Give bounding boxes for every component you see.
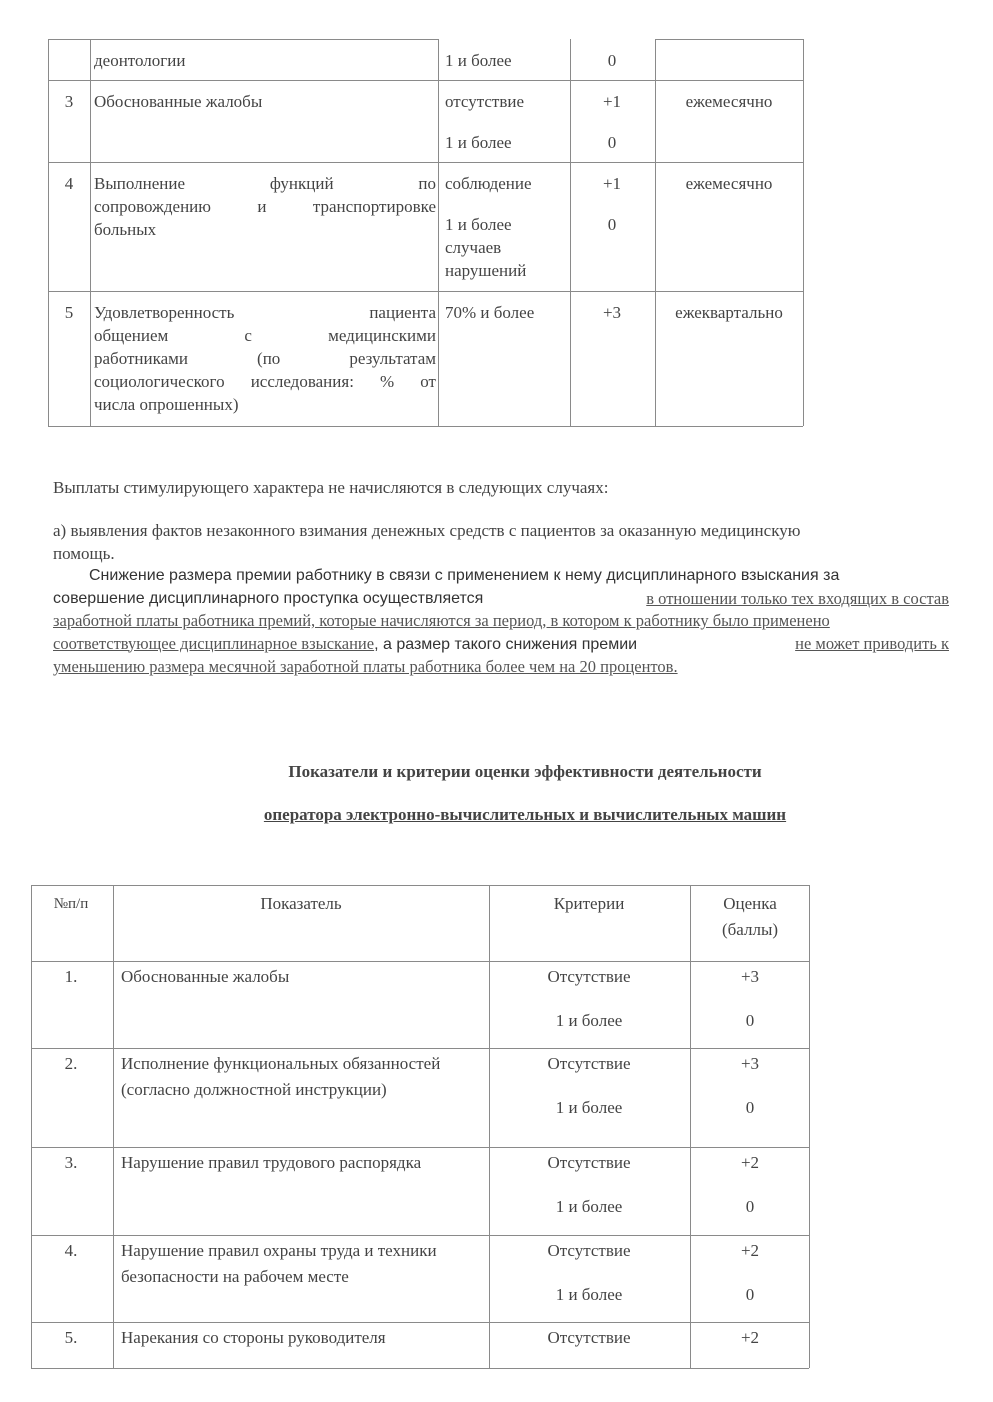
reduction-underlined: уменьшению размера месячной заработной п…	[53, 656, 678, 679]
item-a-line2: помощь.	[53, 542, 949, 565]
criteria-value: отсутствие	[445, 90, 570, 113]
row-number: 3.	[31, 1150, 111, 1176]
score-value: 0	[691, 1095, 809, 1121]
row-number: 4	[48, 172, 90, 195]
score-value: +2	[691, 1325, 809, 1351]
indicator-cell: Удовлетворенностьпациентаобщениемсмедици…	[94, 301, 436, 416]
table-border	[31, 1235, 809, 1236]
criteria-value: 1 и более	[489, 1282, 689, 1308]
criteria-value: Отсутствие	[489, 1150, 689, 1176]
criteria-value: 70% и более	[445, 301, 570, 324]
indicator-line: больных	[94, 218, 436, 241]
table-border	[31, 885, 809, 886]
reduction-text: , а размер такого снижения премии	[374, 636, 637, 653]
indicator-word: %	[380, 370, 394, 393]
indicator-word: транспортировке	[313, 195, 436, 218]
reduction-underlined: не может приводить к	[795, 633, 949, 657]
indicator-word: по	[418, 172, 436, 195]
indicator-line: Удовлетворенностьпациента	[94, 301, 436, 324]
indicator-word: с	[244, 324, 252, 347]
indicator-word: числа опрошенных)	[94, 393, 238, 416]
indicator-line: работниками(порезультатам	[94, 347, 436, 370]
no-payment-intro: Выплаты стимулирующего характера не начи…	[53, 476, 608, 499]
header-indicator: Показатель	[113, 891, 489, 917]
table-border	[113, 885, 114, 1368]
criteria-value: 1 и более	[445, 49, 570, 72]
operator-criteria-table: №п/пПоказательКритерииОценка(баллы)1.Обо…	[31, 885, 809, 1368]
header-num: №п/п	[31, 891, 111, 917]
indicator-line: числа опрошенных)	[94, 393, 436, 416]
row-number: 5.	[31, 1325, 111, 1351]
table-border	[48, 39, 438, 40]
header-score-unit: (баллы)	[691, 917, 809, 943]
score-value: +2	[691, 1150, 809, 1176]
reduction-line-2: совершение дисциплинарного проступка осу…	[53, 588, 949, 611]
indicator-line: общениемсмедицинскими	[94, 324, 436, 347]
item-a: а) выявления фактов незаконного взимания…	[53, 519, 949, 565]
score-value: 0	[570, 49, 654, 72]
indicator-cell: Исполнение функциональных обязанностей (…	[121, 1051, 486, 1103]
table-border	[438, 39, 439, 426]
indicator-word: и	[257, 195, 266, 218]
indicator-word: общением	[94, 324, 168, 347]
reduction-line-3: заработной платы работника премий, котор…	[53, 610, 949, 633]
criteria-value: Отсутствие	[489, 1051, 689, 1077]
indicator-cell: деонтологии	[94, 49, 436, 72]
indicator-cell: Нарушение правил трудового распорядка	[121, 1150, 486, 1176]
indicator-line: социологическогоисследования:%от	[94, 370, 436, 393]
score-value: +3	[691, 1051, 809, 1077]
score-value: +3	[570, 301, 654, 324]
indicator-line: деонтологии	[94, 49, 436, 72]
period-value: ежемесячно	[655, 172, 803, 195]
indicator-word: медицинскими	[328, 324, 436, 347]
indicator-line: сопровождениюитранспортировке	[94, 195, 436, 218]
score-value: 0	[570, 131, 654, 154]
table-border	[48, 291, 803, 292]
indicator-line: Обоснованные жалобы	[94, 90, 436, 113]
table-border	[31, 885, 32, 1368]
header-score: Оценка	[691, 891, 809, 917]
criteria-value: 1 и более случаев нарушений	[445, 213, 570, 282]
indicator-word: сопровождению	[94, 195, 211, 218]
row-number: 5	[48, 301, 90, 324]
table-border	[31, 1322, 809, 1323]
row-number: 1.	[31, 964, 111, 990]
score-value: +1	[570, 90, 654, 113]
indicator-word: Удовлетворенность	[94, 301, 234, 324]
section-heading: Показатели и критерии оценки эффективнос…	[0, 762, 993, 782]
criteria-value: 1 и более	[489, 1008, 689, 1034]
indicator-word: исследования:	[251, 370, 354, 393]
indicator-word: больных	[94, 218, 156, 241]
indicator-word: функций	[270, 172, 334, 195]
bonus-reduction-paragraph: Снижение размера премии работнику в связ…	[53, 565, 949, 679]
period-value: ежеквартально	[655, 301, 803, 324]
score-value: 0	[691, 1282, 809, 1308]
indicator-cell: Обоснованные жалобы	[94, 90, 436, 113]
score-value: +3	[691, 964, 809, 990]
table-border	[31, 1048, 809, 1049]
table-border	[655, 39, 803, 40]
reduction-line-5: уменьшению размера месячной заработной п…	[53, 656, 949, 679]
row-number: 3	[48, 90, 90, 113]
indicator-cell: Нарекания со стороны руководителя	[121, 1325, 486, 1351]
indicator-cell: Выполнениефункцийпосопровождениюитранспо…	[94, 172, 436, 241]
reduction-underlined: заработной платы работника премий, котор…	[53, 610, 830, 633]
score-value: 0	[691, 1194, 809, 1220]
header-criteria: Критерии	[489, 891, 689, 917]
score-value: 0	[570, 213, 654, 236]
reduction-text: совершение дисциплинарного проступка осу…	[53, 588, 483, 611]
criteria-value: соблюдение	[445, 172, 570, 195]
criteria-value: 1 и более	[489, 1194, 689, 1220]
reduction-line-4: соответствующее дисциплинарное взыскание…	[53, 633, 949, 657]
score-value: 0	[691, 1008, 809, 1034]
reduction-line-1: Снижение размера премии работнику в связ…	[53, 565, 949, 588]
table-border	[48, 426, 803, 427]
indicator-word: (по	[257, 347, 280, 370]
table-border	[31, 961, 809, 962]
criteria-value: Отсутствие	[489, 1325, 689, 1351]
row-number: 4.	[31, 1238, 111, 1264]
section-subheading: оператора электронно-вычислительных и вы…	[0, 805, 993, 825]
table-border	[90, 39, 91, 426]
indicator-word: от	[420, 370, 436, 393]
item-a-line1: а) выявления фактов незаконного взимания…	[53, 519, 949, 542]
indicator-word: социологического	[94, 370, 225, 393]
criteria-value: 1 и более	[489, 1095, 689, 1121]
indicator-word: результатам	[349, 347, 436, 370]
indicator-word: Обоснованные жалобы	[94, 90, 262, 113]
indicator-word: работниками	[94, 347, 188, 370]
table-border	[31, 1147, 809, 1148]
table-border	[48, 80, 803, 81]
period-value: ежемесячно	[655, 90, 803, 113]
indicator-cell: Нарушение правил охраны труда и техники …	[121, 1238, 486, 1290]
table-border	[48, 162, 803, 163]
indicator-word: деонтологии	[94, 49, 185, 72]
table-border	[31, 1368, 809, 1369]
criteria-value: Отсутствие	[489, 964, 689, 990]
score-value: +1	[570, 172, 654, 195]
criteria-value: Отсутствие	[489, 1238, 689, 1264]
reduction-underlined: соответствующее дисциплинарное взыскание	[53, 634, 374, 653]
table-border	[803, 39, 804, 426]
table-border	[809, 885, 810, 1368]
criteria-value: 1 и более	[445, 131, 570, 154]
reduction-underlined: в отношении только тех входящих в состав	[646, 588, 949, 611]
score-value: +2	[691, 1238, 809, 1264]
indicator-word: Выполнение	[94, 172, 185, 195]
row-number: 2.	[31, 1051, 111, 1077]
indicator-word: пациента	[369, 301, 436, 324]
indicator-cell: Обоснованные жалобы	[121, 964, 486, 990]
indicator-line: Выполнениефункцийпо	[94, 172, 436, 195]
